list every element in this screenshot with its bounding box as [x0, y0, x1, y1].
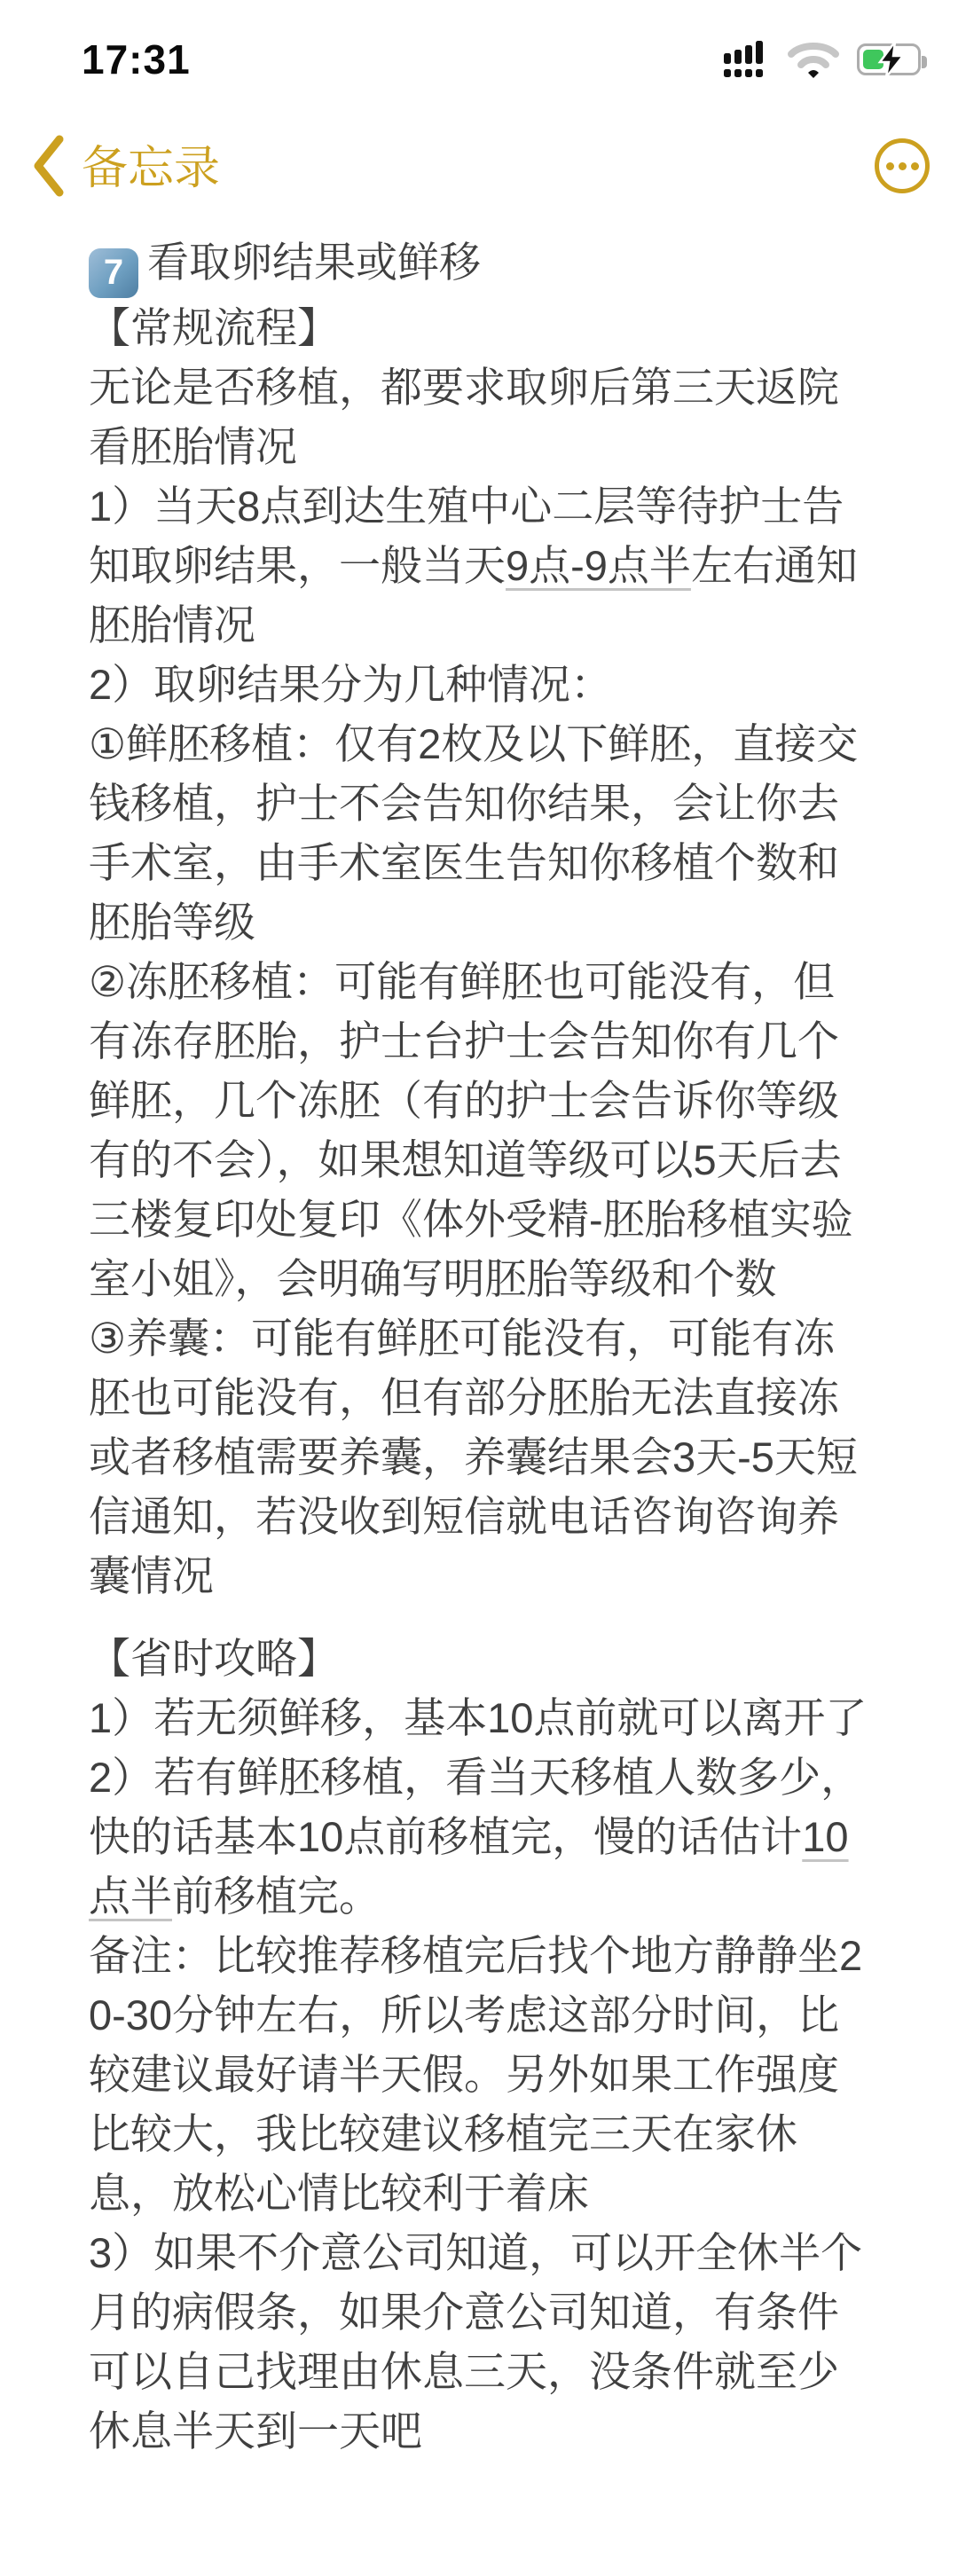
more-options-button[interactable]	[875, 138, 930, 193]
text-run: 【省时攻略】	[89, 1635, 339, 1682]
text-run: 前移植完。	[172, 1873, 381, 1920]
note-paragraph: ②冻胚移植：可能有鲜胚也可能没有，但有冻存胚胎，护士台护士会告知你有几个鲜胚，几…	[89, 952, 873, 1308]
cellular-signal-icon	[724, 39, 770, 80]
note-content[interactable]: 7看取卵结果或鲜移【常规流程】无论是否移植，都要求取卵后第三天返院看胚胎情况1）…	[0, 232, 958, 2461]
note-paragraph: ①鲜胚移植：仅有2枚及以下鲜胚，直接交钱移植，护士不会告知你结果，会让你去手术室…	[89, 714, 873, 952]
text-run: 看取卵结果或鲜移	[147, 239, 481, 286]
text-run: 2）若有鲜胚移植，看当天移植人数多少，快的话基本10点前移植完，慢的话估计	[89, 1754, 862, 1860]
note-paragraph: ③养囊：可能有鲜胚可能没有，可能有冻胚也可能没有，但有部分胚胎无法直接冻或者移植…	[89, 1308, 873, 1606]
battery-cap	[922, 56, 927, 68]
note-paragraph: 3）如果不介意公司知道，可以开全休半个月的病假条，如果介意公司知道，有条件可以自…	[89, 2223, 873, 2461]
keycap-7-emoji: 7	[89, 248, 138, 298]
status-icons	[724, 39, 921, 80]
wifi-icon	[786, 39, 841, 80]
text-run: 2）取卵结果分为几种情况：	[89, 661, 612, 708]
back-button-label: 备忘录	[82, 134, 220, 203]
text-run: 【常规流程】	[89, 304, 339, 351]
text-run: 1）若无须鲜移，基本10点前就可以离开了	[89, 1694, 867, 1741]
text-run: ②冻胚移植：可能有鲜胚也可能没有，但有冻存胚胎，护士台护士会告知你有几个鲜胚，几…	[89, 958, 853, 1302]
note-paragraph: 【省时攻略】	[89, 1629, 873, 1688]
status-bar: 17:31	[0, 0, 958, 98]
clock-text: 17:31	[82, 35, 191, 83]
note-paragraph: 2）取卵结果分为几种情况：	[89, 655, 873, 714]
back-chevron-icon	[30, 133, 67, 203]
note-paragraph: 1）当天8点到达生殖中心二层等待护士告知取卵结果，一般当天9点-9点半左右通知胚…	[89, 476, 873, 655]
text-run: ①鲜胚移植：仅有2枚及以下鲜胚，直接交钱移植，护士不会告知你结果，会让你去手术室…	[89, 720, 858, 946]
note-paragraph: 【常规流程】	[89, 298, 873, 357]
text-run: ③养囊：可能有鲜胚可能没有，可能有冻胚也可能没有，但有部分胚胎无法直接冻或者移植…	[89, 1315, 858, 1599]
nav-bar: 备忘录	[0, 133, 958, 222]
battery-charging-icon	[857, 43, 921, 75]
back-button[interactable]: 备忘录	[30, 133, 220, 203]
ellipsis-icon	[886, 162, 894, 170]
note-paragraph: 7看取卵结果或鲜移	[89, 232, 873, 298]
text-run: 备注：比较推荐移植完后找个地方静静坐20-30分钟左右，所以考虑这部分时间，比较…	[89, 1932, 862, 2217]
text-run: 无论是否移植，都要求取卵后第三天返院看胚胎情况	[89, 364, 839, 470]
note-paragraph: 无论是否移植，都要求取卵后第三天返院看胚胎情况	[89, 357, 873, 476]
charging-bolt-icon	[874, 41, 909, 82]
note-paragraph: 1）若无须鲜移，基本10点前就可以离开了	[89, 1688, 873, 1747]
note-paragraph: 备注：比较推荐移植完后找个地方静静坐20-30分钟左右，所以考虑这部分时间，比较…	[89, 1926, 873, 2223]
text-run: 3）如果不介意公司知道，可以开全休半个月的病假条，如果介意公司知道，有条件可以自…	[89, 2229, 862, 2454]
note-paragraph: 2）若有鲜胚移植，看当天移植人数多少，快的话基本10点前移植完，慢的话估计10点…	[89, 1747, 873, 1926]
underlined-text: 9点-9点半	[506, 542, 691, 589]
